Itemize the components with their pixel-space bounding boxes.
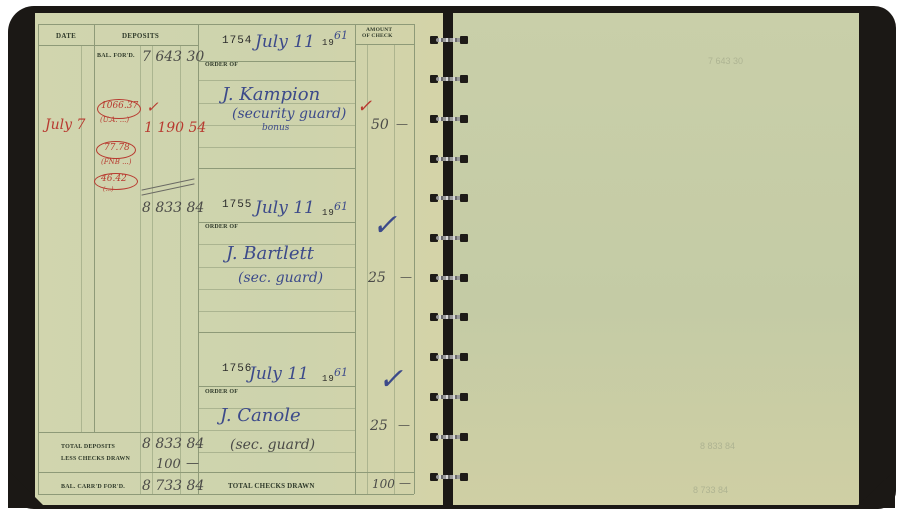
check-memo: (sec. guard) — [230, 437, 315, 453]
bleed-through-text: 8 833 84 — [700, 441, 735, 451]
check-verified-mark: ✓ — [378, 362, 403, 397]
check-amount-cents: — — [400, 270, 412, 284]
date-column-header: Date — [56, 32, 76, 40]
deposit-date: July 7 — [45, 117, 85, 133]
spiral-ring-icon — [430, 36, 468, 44]
deposit-item: 46.42 — [101, 174, 127, 184]
cover-corner — [8, 470, 46, 508]
cover-corner — [855, 470, 895, 508]
spiral-ring-icon — [430, 194, 468, 202]
deposit-item-note: (U.A. ...) — [100, 116, 129, 124]
year-suffix: 61 — [334, 366, 348, 379]
check-date: July 11 — [249, 364, 309, 384]
deposit-item-note: (...) — [103, 186, 113, 193]
less-checks-drawn-label: Less Checks Drawn — [61, 456, 130, 462]
bal-forward-label: Bal. For'd. — [97, 53, 135, 59]
year-prefix: 19 — [322, 208, 335, 218]
order-of-label: Order of — [205, 389, 238, 395]
check-memo-secondary: bonus — [262, 123, 289, 133]
order-of-label: Order of — [205, 62, 238, 68]
spiral-ring-icon — [430, 274, 468, 282]
less-checks-drawn-cents: — — [186, 456, 199, 471]
spiral-ring-icon — [430, 433, 468, 441]
spiral-ring-icon — [430, 234, 468, 242]
deposit-amount: 1 190 54 — [144, 120, 206, 136]
deposit-item: 77.78 — [104, 143, 130, 153]
total-deposits-label: Total Deposits — [61, 444, 115, 450]
deposit-check-mark: ✓ — [146, 98, 159, 116]
deposit-item: 1066.37 — [101, 101, 138, 111]
subtotal-amount: 8 833 84 — [142, 200, 204, 216]
check-number: 1754 — [222, 35, 252, 47]
check-payee: J. Kampion — [222, 84, 320, 105]
balance-forward-amount: 7 643 30 — [142, 49, 204, 65]
check-date: July 11 — [255, 32, 315, 52]
total-deposits-amount: 8 833 84 — [142, 436, 204, 452]
order-of-label: Order of — [205, 224, 238, 230]
check-amount: 25 — [368, 270, 386, 286]
year-prefix: 19 — [322, 374, 335, 384]
check-verified-mark: ✓ — [357, 96, 372, 117]
check-memo: (security guard) — [232, 106, 346, 122]
spiral-ring-icon — [430, 75, 468, 83]
bal-carried-forward-label: Bal. Carr'd For'd. — [61, 484, 125, 490]
total-checks-drawn-cents: — — [399, 476, 411, 490]
check-amount-cents: — — [398, 418, 410, 432]
spiral-ring-icon — [430, 393, 468, 401]
check-amount: 25 — [370, 418, 388, 434]
check-verified-mark: ✓ — [372, 208, 397, 243]
spiral-ring-icon — [430, 155, 468, 163]
less-checks-drawn-amount: 100 — [156, 457, 181, 472]
spiral-ring-icon — [430, 115, 468, 123]
total-checks-drawn-label: Total Checks Drawn — [228, 482, 315, 490]
amount-header-line2: of Check — [362, 33, 393, 39]
spiral-ring-icon — [430, 353, 468, 361]
year-prefix: 19 — [322, 38, 335, 48]
check-number: 1756 — [222, 363, 252, 375]
check-amount-cents: — — [396, 117, 408, 131]
deposit-item-note: (FNB ...) — [101, 158, 132, 166]
balance-carried-forward-amount: 8 733 84 — [142, 478, 204, 494]
year-suffix: 61 — [334, 200, 348, 213]
check-memo: (sec. guard) — [238, 270, 323, 286]
blank-facing-page — [453, 13, 859, 505]
check-payee: J. Canole — [220, 405, 301, 426]
bleed-through-text: 8 733 84 — [693, 485, 728, 495]
check-date: July 11 — [255, 198, 315, 218]
check-payee: J. Bartlett — [226, 243, 314, 264]
spiral-ring-icon — [430, 473, 468, 481]
deposits-column-header: Deposits — [122, 32, 159, 40]
check-amount: 50 — [371, 117, 389, 133]
spiral-ring-icon — [430, 313, 468, 321]
year-suffix: 61 — [334, 29, 348, 42]
bleed-through-text: 7 643 30 — [708, 56, 743, 66]
total-checks-drawn-amount: 100 — [372, 477, 395, 491]
check-number: 1755 — [222, 199, 252, 211]
